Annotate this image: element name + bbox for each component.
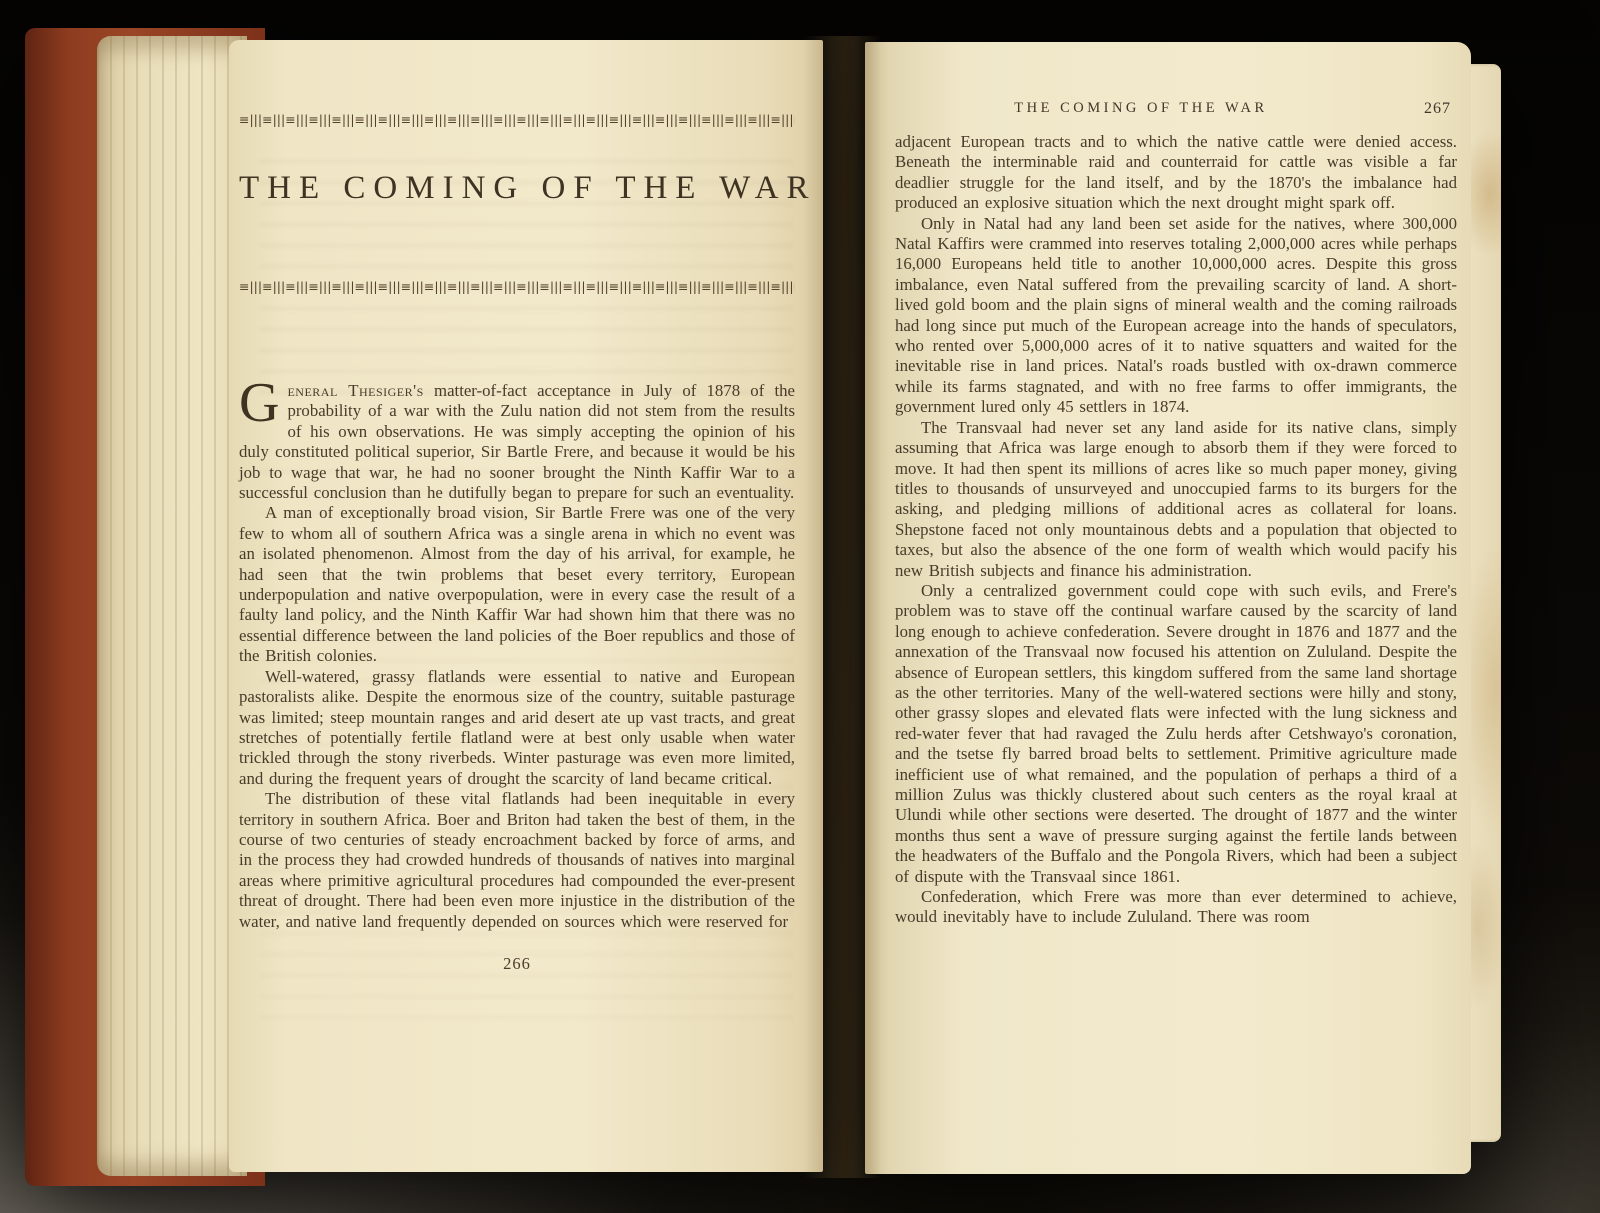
chapter-ornament-bottom: ≡|||≡|||≡|||≡|||≡|||≡|||≡|||≡|||≡|||≡|||… — [239, 279, 795, 295]
chapter-ornament-top: ≡|||≡|||≡|||≡|||≡|||≡|||≡|||≡|||≡|||≡|||… — [239, 112, 795, 128]
drop-cap-letter: G — [239, 381, 287, 423]
body-paragraph: Only in Natal had any land been set asid… — [895, 214, 1457, 418]
left-page-body: General Thesiger's matter-of-fact accept… — [239, 381, 795, 932]
page-number-right: 267 — [1424, 100, 1451, 118]
body-paragraph: adjacent European tracts and to which th… — [895, 132, 1457, 214]
page-edges-stack — [97, 36, 247, 1176]
left-page-content: ≡|||≡|||≡|||≡|||≡|||≡|||≡|||≡|||≡|||≡|||… — [229, 40, 823, 974]
chapter-opening-paragraph: General Thesiger's matter-of-fact accept… — [239, 381, 795, 503]
right-page-content: THE COMING OF THE WAR 267 adjacent Europ… — [865, 42, 1471, 928]
chapter-title: THE COMING OF THE WAR — [239, 170, 795, 207]
body-paragraph: Well-watered, grassy flatlands were esse… — [239, 667, 795, 789]
body-paragraph: The distribution of these vital flatland… — [239, 789, 795, 932]
left-page: ≡|||≡|||≡|||≡|||≡|||≡|||≡|||≡|||≡|||≡|||… — [229, 40, 823, 1172]
open-book: ≡|||≡|||≡|||≡|||≡|||≡|||≡|||≡|||≡|||≡|||… — [25, 26, 1503, 1188]
running-head: THE COMING OF THE WAR 267 — [895, 100, 1457, 120]
small-caps-lead-in: eneral Thesiger's — [287, 381, 423, 400]
body-paragraph: Only a centralized government could cope… — [895, 581, 1457, 887]
photo-of-open-book: { "book": { "left_page": { "ornament_uni… — [0, 0, 1600, 1213]
page-number-left: 266 — [239, 954, 795, 974]
body-paragraph: Confederation, which Frere was more than… — [895, 887, 1457, 928]
running-head-title: THE COMING OF THE WAR — [895, 100, 1387, 117]
body-paragraph: The Transvaal had never set any land asi… — [895, 418, 1457, 581]
body-paragraph: A man of exceptionally broad vision, Sir… — [239, 503, 795, 666]
right-page-body: adjacent European tracts and to which th… — [895, 132, 1457, 928]
right-page: THE COMING OF THE WAR 267 adjacent Europ… — [865, 42, 1471, 1174]
